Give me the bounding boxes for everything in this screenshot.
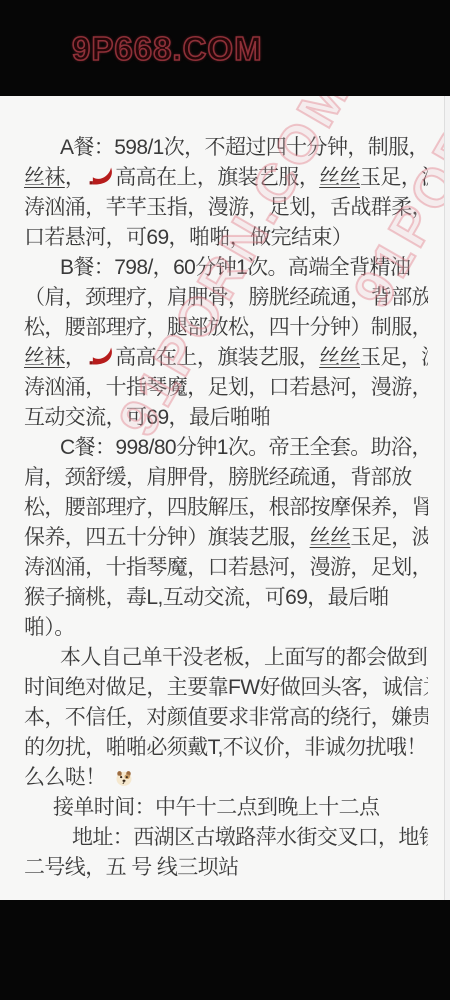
menu-c-line-6: 猴子摘桃，毒L,互动交流，可69，最后啪 (24, 583, 428, 613)
underlined-text: 丝丝 (319, 346, 360, 369)
ad-text-column: A餐：598/1次，不超过四十分钟，制服， 丝袜，高高在上，旗装艺服，丝丝玉足，… (24, 133, 428, 883)
bottom-black-band (0, 900, 450, 1000)
menu-b-line-4: 丝袜，高高在上，旗装艺服，丝丝玉足，波 (24, 343, 428, 373)
text-segment: 玉足，波 (350, 526, 428, 549)
screenshot-root: 9P668.COM 91PORN.COM 91PORN.COM A餐：598/1… (0, 0, 450, 1000)
underlined-text: 丝袜 (24, 166, 65, 189)
text-segment: 玉足，波 (360, 166, 428, 189)
menu-a-line-1: A餐：598/1次，不超过四十分钟，制服， (24, 133, 428, 163)
text-segment: 玉足，波 (360, 346, 428, 369)
menu-c-line-1: C餐：998/80分钟1次。帝王全套。助浴， (24, 433, 428, 463)
menu-b-line-5: 涛汹涌，十指琴魔，足划，口若悬河，漫游， (24, 373, 428, 403)
menu-b-line-2: （肩，颈理疗，肩胛骨，膀胱经疏通，背部放 (24, 283, 428, 313)
menu-b-line-6: 互动交流，可69，最后啪啪 (24, 403, 428, 433)
address-line-1: 地址：西湖区古墩路萍水街交叉口，地铁 (24, 823, 428, 853)
menu-b-line-1: B餐：798/，60分钟1次。高端全背精油 (24, 253, 428, 283)
text-segment: 保养，四五十分钟）旗装艺服， (24, 526, 310, 549)
underlined-text: 丝丝 (319, 166, 360, 189)
disclaimer-line-1: 本人自己单干没老板，上面写的都会做到， (24, 643, 428, 673)
text-segment: ， (65, 346, 85, 369)
dog-face-icon (114, 768, 134, 788)
menu-c-line-3: 松，腰部理疗，四肢解压，根部按摩保养，肾 (24, 493, 428, 523)
text-segment: ， (65, 166, 85, 189)
underlined-text: 丝袜 (24, 346, 65, 369)
menu-b-line-3: 松，腰部理疗，腿部放松，四十分钟）制服， (24, 313, 428, 343)
address-line-2: 二号线，五 号 线三坝站 (24, 853, 428, 883)
text-segment: 高高在上，旗装艺服， (115, 166, 319, 189)
top-black-band: 9P668.COM (0, 0, 450, 96)
menu-c-line-5: 涛汹涌，十指琴魔，口若悬河，漫游，足划， (24, 553, 428, 583)
right-edge-strip (444, 96, 450, 900)
menu-c-line-7: 啪）。 (24, 613, 428, 643)
menu-a-line-2: 丝袜，高高在上，旗装艺服，丝丝玉足，波 (24, 163, 428, 193)
text-segment: 么么哒！ (24, 766, 106, 789)
text-segment: 高高在上，旗装艺服， (115, 346, 319, 369)
disclaimer-line-5: 么么哒！ (24, 763, 428, 793)
high-heel-icon (87, 346, 113, 366)
site-watermark-text: 9P668.COM (72, 30, 263, 68)
high-heel-icon (87, 166, 113, 186)
disclaimer-line-4: 的勿扰，啪啪必须戴T,不议价，非诚勿扰哦！ (24, 733, 428, 763)
underlined-text: 丝丝 (310, 526, 351, 549)
disclaimer-line-2: 时间绝对做足，主要靠FW好做回头客，诚信为 (24, 673, 428, 703)
menu-a-line-4: 口若悬河，可69，啪啪，做完结束） (24, 223, 428, 253)
menu-a-line-3: 涛汹涌，芊芊玉指，漫游，足划，舌战群柔， (24, 193, 428, 223)
menu-c-line-4: 保养，四五十分钟）旗装艺服，丝丝玉足，波 (24, 523, 428, 553)
hours-line: 接单时间：中午十二点到晚上十二点 (24, 793, 428, 823)
menu-c-line-2: 肩，颈舒缓，肩胛骨，膀胱经疏通，背部放 (24, 463, 428, 493)
ad-text-body: 91PORN.COM 91PORN.COM A餐：598/1次，不超过四十分钟，… (0, 96, 450, 900)
disclaimer-line-3: 本，不信任，对颜值要求非常高的绕行，嫌贵 (24, 703, 428, 733)
